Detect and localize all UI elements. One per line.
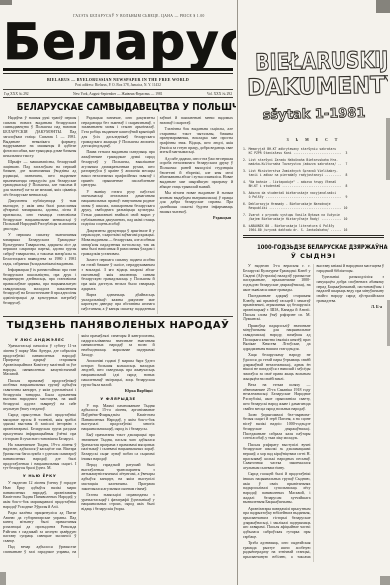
toc-rule-thin [243,237,384,238]
article-paragraph: Сярод гасьцей былі й прадстаўнікі іншых … [243,472,311,505]
article-paragraph: Урачыстасьці пачаліся ў суботу 11-га ліп… [3,344,76,377]
masthead-title: Беларус [3,17,233,67]
toc-item: 5. Adozva da studentaŭ biełaruskaje nacy… [243,191,384,199]
dateline: Год XXX № 292 New York, August-September… [3,89,233,98]
article-paragraph: Зьмест першага сшытку падаем асобна на г… [81,258,154,291]
article-paragraph: Пасьля рэфэрату выступілі вучні беларуск… [243,443,311,471]
masthead-subtitle: BIELARUS — BYELORUSSIAN NEWSPAPER IN THE… [3,77,233,82]
toc-rule-thick [243,235,384,236]
article-paragraph: Залю ўпрыгожвалі бел-чырвона-белыя сьцяг… [243,413,311,441]
article-paragraph: Апошнімі гадамі ў маршы бярэ ўдзел штора… [81,359,154,387]
article-captive-title: ТЫДЗЕНЬ ПАНЯВОЛЕНЫХ НАРОДАЎ [3,320,233,331]
toc-item: 4. "Na bahnie - listapaduje" - adozva hr… [243,180,384,188]
dakumenty-banner: BIEŁARUSKIJA DAKUMENTY sšytak 1-1981 [242,49,384,124]
toc-item: 7. Zvarot z pryvodu vystupu Vasila Bykav… [243,213,384,221]
article-paragraph: У гор. Маямі памешканьне Тыдня адбылося … [81,404,154,432]
postal-address: Post address: Bielarus, P. O. Box 378, J… [3,83,233,87]
newspaper-page: ГАЗЭТА БЕЛАРУСАЎ У ВОЛЬНЫМ СЬВЕЦЕ. ЦАНА … [0,0,390,585]
section-divider [3,316,233,317]
article-captive-body: У ЛЮС АНДЖЭЛЕСУрачыстасьці пачаліся ў су… [3,334,233,558]
article-paragraph: Рады калёны працягнуліся ад Пятае Авэню … [3,511,76,544]
article-paragraph: Рэдакцыя зазначае, што дакумэнты перадаю… [81,116,154,149]
subhead-los-angeles: У ЛЮС АНДЖЭЛЕС [3,338,76,343]
column-divider [237,0,238,585]
toc-item: 3. List Ministerstva Zamiežnych Spravaŭ … [243,169,384,177]
article-paragraph: Газэты зьмясьцілі справаздачы з урачыста… [81,493,154,512]
article-paragraph: Інфармацыя ў іх разнастайная: пра стан б… [3,268,76,306]
article-paragraph: Хаця беларускаму народу не ўдалося да гэ… [243,353,311,381]
article-paragraph: Перад гарадзкой ратушай былі выстаўленыя… [81,463,154,491]
article-paragraph: Тэхнічны бок выданьня сьціплы, але стара… [160,127,233,155]
dateline-volume-left: Год XXX № 292 [4,92,29,96]
article-paragraph: Прамоўца падкрэсьліў значэньне мінуўшчын… [243,324,311,352]
article-paragraph: На заканчэньне Тыдня, 19-га ліпеня ў няд… [3,443,76,471]
toc-item: 2. List staršyni Zaradu Hałoŭnaha Biełar… [243,158,384,166]
article-sydney-body: У нядзелю 3-га верасьня г. г. Беларускі … [243,264,384,562]
article-paragraph: Паява гэткага выданьня сьведчыць пра ажы… [81,150,154,188]
dateline-volume-right: Vol. XXX № 292 [207,92,232,96]
toc-item: 6. Deklaracyja Hramady - Biełaruskaje Na… [243,202,384,210]
article-byline: Л. Б-а [317,305,383,310]
article-paragraph: У першым сшытку зьмешчаныя мэмарыял Бела… [3,233,76,266]
article-paragraph: Ад сябе дадамо, што гэта ўжо не першая с… [160,157,233,190]
dateline-date: New York, August-September — Жнівень-Вер… [73,92,162,96]
left-zone: ГАЗЭТА БЕЛАРУСАЎ У ВОЛЬНЫМ СЬВЕЦЕ. ЦАНА … [0,0,236,585]
toc-list: 1. Memaryjał BH-KT adkrytavany staršyniu… [243,147,384,232]
article-byline: Юрка Вярбіцкі [81,389,152,394]
subhead-florida: У ФЛЯРЫДЗЕ [81,397,154,402]
article-paragraph: Удзельнікі разыходзіліся з пачуцьцём доб… [317,275,385,303]
toc-item: 8. ŁABAUNIK 80 - Biełaruskaja literatura… [243,224,384,232]
toc-header: З Ь М Е С Т [243,138,384,142]
masthead-rule-thin [3,73,233,74]
article-samizdat-title: БЕЛАРУСКАЕ САМВЫДАВЕЦТВА У ПОЛЬШЧЫ [17,102,219,113]
article-paragraph: Дакумэнты публікуюцца ў тым выглядзе, у … [3,199,76,232]
article-sydney-title-line2: Ў СЫДНЭІ [243,252,384,260]
article-paragraph: Мы вітаем новае выданьне й зычым ягоным … [160,191,233,215]
article-byline: Рэдакцыя [160,216,231,221]
article-sydney-title-line1: 1000-ГОДЗЬДЗЕ БЕЛАРУСКАЕ ДЗЯРЖАЎНАСЬЦІ [257,243,370,251]
article-paragraph: Нядаўна ў нашыя рукі трапіў першы сшытак… [3,116,76,158]
article-paragraph: Дакумэнты друкуюцца ў арыгінале й у пера… [81,229,154,257]
right-zone: BIEŁARUSKIJA DAKUMENTY sšytak 1-1981 З Ь… [240,0,388,585]
article-paragraph: Веха на гэтым шляху — абвешчаньне 25-га … [243,383,311,411]
banner-line3: sšytak 1-1981 [243,106,384,124]
article-paragraph: Быў прачытаны тэкст дэклярацыі пра значэ… [81,433,154,461]
article-samizdat-body: Нядаўна ў нашыя рукі трапіў першы сшытак… [3,116,233,314]
article-paragraph: Арганізатары паведамілі прысутным пра па… [243,507,311,540]
banner-line2: DAKUMENTY [247,74,380,102]
article-paragraph: Шрыфт — машынапісны, беларускай лацінкаю… [3,160,76,198]
article-paragraph: Пасьля прамоваў прадстаўнікоў асобных на… [3,379,76,412]
article-paragraph: У нядзелю 3-га верасьня г. г. Беларускі … [243,264,311,292]
article-paragraph: Сярод прысутных былі прадстаўнікі мясцов… [3,413,76,441]
subhead-new-york: У НЬЮ ЁРКУ [3,474,76,479]
article-paragraph: Паседжаньне адкрыў старшыня Клюбу, які п… [243,294,311,322]
banner-line1: BIEŁARUSKIJA [255,49,371,76]
toc-item: 1. Memaryjał BH-KT adkrytavany staršyniu… [243,147,384,155]
article-paragraph: У выніку гэтага руху паўсталі магчымасьц… [81,190,154,228]
article-paragraph: У нядзелю 12 ліпеня ўлетку ў горадзе Нью… [3,481,76,509]
